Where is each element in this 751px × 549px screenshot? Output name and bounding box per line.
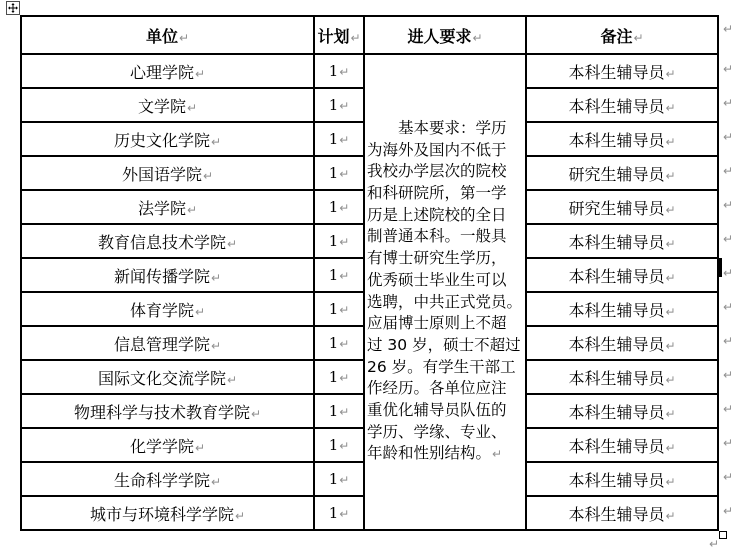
cell-end-mark: ↵	[665, 203, 675, 217]
row-end-mark: ↵	[723, 403, 733, 415]
unit-cell[interactable]: 外国语学院↵	[21, 156, 314, 190]
cell-end-mark: ↵	[665, 441, 675, 455]
unit-name: 国际文化交流学院	[98, 369, 226, 388]
plan-count: 1	[329, 164, 339, 182]
cell-end-mark: ↵	[179, 31, 189, 45]
header-requirements[interactable]: 进人要求↵	[364, 16, 526, 54]
unit-cell[interactable]: 新闻传播学院↵	[21, 258, 314, 292]
table-body: 单位↵ 计划↵ 进人要求↵ 备注↵ 心理学院↵ 1↵ 基本要求：学历 为海外及国…	[21, 16, 718, 530]
remark-cell[interactable]: 本科生辅导员↵	[526, 326, 718, 360]
plan-count: 1	[329, 436, 339, 454]
cell-end-mark: ↵	[665, 339, 675, 353]
plan-cell[interactable]: 1↵	[314, 462, 364, 496]
unit-name: 法学院	[138, 199, 186, 218]
unit-cell[interactable]: 物理科学与技术教育学院↵	[21, 394, 314, 428]
remark-cell[interactable]: 本科生辅导员↵	[526, 258, 718, 292]
plan-cell[interactable]: 1↵	[314, 292, 364, 326]
row-end-mark: ↵	[723, 233, 733, 245]
remark-text: 本科生辅导员	[568, 471, 664, 490]
table-row: 心理学院↵ 1↵ 基本要求：学历 为海外及国内不低于 我校办学层次的院校 和科研…	[21, 54, 718, 88]
cell-end-mark: ↵	[211, 271, 221, 285]
requirements-cell[interactable]: 基本要求：学历 为海外及国内不低于 我校办学层次的院校 和科研院所，第一学 历是…	[364, 54, 526, 530]
cell-end-mark: ↵	[211, 135, 221, 149]
row-end-mark: ↵	[723, 23, 733, 35]
remark-text: 本科生辅导员	[568, 301, 664, 320]
plan-cell[interactable]: 1↵	[314, 258, 364, 292]
unit-cell[interactable]: 国际文化交流学院↵	[21, 360, 314, 394]
cell-end-mark: ↵	[339, 473, 349, 487]
unit-cell[interactable]: 信息管理学院↵	[21, 326, 314, 360]
remark-cell[interactable]: 研究生辅导员↵	[526, 156, 718, 190]
unit-cell[interactable]: 教育信息技术学院↵	[21, 224, 314, 258]
unit-cell[interactable]: 体育学院↵	[21, 292, 314, 326]
requirements-text: 基本要求：学历 为海外及国内不低于 我校办学层次的院校 和科研院所，第一学 历是…	[365, 118, 525, 466]
header-remark-label: 备注	[600, 27, 632, 46]
header-unit[interactable]: 单位↵	[21, 16, 314, 54]
row-end-mark: ↵	[723, 505, 733, 517]
cell-end-mark: ↵	[187, 203, 197, 217]
cell-end-mark: ↵	[665, 373, 675, 387]
remark-cell[interactable]: 本科生辅导员↵	[526, 88, 718, 122]
row-end-mark: ↵	[723, 131, 733, 143]
plan-count: 1	[329, 96, 339, 114]
cell-end-mark: ↵	[339, 99, 349, 113]
cell-end-mark: ↵	[633, 31, 643, 45]
plan-count: 1	[329, 504, 339, 522]
unit-name: 教育信息技术学院	[98, 233, 226, 252]
cell-end-mark: ↵	[339, 235, 349, 249]
cell-end-mark: ↵	[339, 439, 349, 453]
remark-cell[interactable]: 本科生辅导员↵	[526, 360, 718, 394]
plan-cell[interactable]: 1↵	[314, 360, 364, 394]
row-end-mark: ↵	[723, 437, 733, 449]
cell-end-mark: ↵	[339, 133, 349, 147]
remark-cell[interactable]: 研究生辅导员↵	[526, 190, 718, 224]
plan-cell[interactable]: 1↵	[314, 54, 364, 88]
cell-end-mark: ↵	[339, 371, 349, 385]
plan-count: 1	[329, 62, 339, 80]
unit-name: 心理学院	[130, 63, 194, 82]
plan-count: 1	[329, 232, 339, 250]
plan-cell[interactable]: 1↵	[314, 122, 364, 156]
plan-count: 1	[329, 334, 339, 352]
cell-end-mark: ↵	[339, 167, 349, 181]
cell-end-mark: ↵	[665, 407, 675, 421]
plan-count: 1	[329, 368, 339, 386]
plan-cell[interactable]: 1↵	[314, 496, 364, 530]
row-end-mark: ↵	[723, 471, 733, 483]
remark-text: 本科生辅导员	[568, 267, 664, 286]
cell-end-mark: ↵	[665, 237, 675, 251]
row-end-mark: ↵	[723, 335, 733, 347]
cell-end-mark: ↵	[195, 305, 205, 319]
row-end-mark: ↵	[723, 199, 733, 211]
unit-cell[interactable]: 生命科学学院↵	[21, 462, 314, 496]
unit-cell[interactable]: 法学院↵	[21, 190, 314, 224]
paragraph-mark: ↵	[709, 538, 719, 549]
unit-name: 新闻传播学院	[114, 267, 210, 286]
cell-end-mark: ↵	[235, 509, 245, 523]
remark-text: 本科生辅导员	[568, 131, 664, 150]
remark-cell[interactable]: 本科生辅导员↵	[526, 428, 718, 462]
document-page: 单位↵ 计划↵ 进人要求↵ 备注↵ 心理学院↵ 1↵ 基本要求：学历 为海外及国…	[0, 0, 751, 549]
cell-end-mark: ↵	[195, 67, 205, 81]
cell-end-mark: ↵	[339, 269, 349, 283]
table-resize-handle[interactable]	[719, 531, 727, 539]
header-row: 单位↵ 计划↵ 进人要求↵ 备注↵	[21, 16, 718, 54]
cell-end-mark: ↵	[665, 67, 675, 81]
cell-end-mark: ↵	[211, 475, 221, 489]
unit-name: 城市与环境科学学院	[90, 505, 234, 524]
cell-end-mark: ↵	[339, 337, 349, 351]
remark-text: 本科生辅导员	[568, 335, 664, 354]
cell-end-mark: ↵	[665, 305, 675, 319]
row-end-mark: ↵	[723, 267, 733, 279]
unit-name: 生命科学学院	[114, 471, 210, 490]
move-cross-icon	[8, 3, 18, 13]
remark-text: 本科生辅导员	[568, 233, 664, 252]
requirements-paragraph: 基本要求：学历 为海外及国内不低于 我校办学层次的院校 和科研院所，第一学 历是…	[367, 119, 522, 463]
cell-end-mark: ↵	[339, 303, 349, 317]
plan-cell[interactable]: 1↵	[314, 326, 364, 360]
remark-cell[interactable]: 本科生辅导员↵	[526, 394, 718, 428]
cell-end-mark: ↵	[227, 237, 237, 251]
remark-cell[interactable]: 本科生辅导员↵	[526, 496, 718, 530]
remark-cell[interactable]: 本科生辅导员↵	[526, 462, 718, 496]
header-unit-label: 单位	[146, 27, 178, 46]
plan-count: 1	[329, 130, 339, 148]
unit-name: 体育学院	[130, 301, 194, 320]
remark-text: 研究生辅导员	[568, 199, 664, 218]
unit-cell[interactable]: 化学学院↵	[21, 428, 314, 462]
unit-name: 物理科学与技术教育学院	[74, 403, 250, 422]
header-plan[interactable]: 计划↵	[314, 16, 364, 54]
remark-text: 本科生辅导员	[568, 97, 664, 116]
row-end-mark: ↵	[723, 165, 733, 177]
table-move-handle[interactable]	[6, 1, 20, 15]
remark-text: 本科生辅导员	[568, 63, 664, 82]
unit-cell[interactable]: 历史文化学院↵	[21, 122, 314, 156]
plan-count: 1	[329, 402, 339, 420]
remark-cell[interactable]: 本科生辅导员↵	[526, 122, 718, 156]
cell-end-mark: ↵	[203, 169, 213, 183]
plan-count: 1	[329, 470, 339, 488]
unit-name: 历史文化学院	[114, 131, 210, 150]
remark-text: 本科生辅导员	[568, 437, 664, 456]
row-end-mark: ↵	[723, 63, 733, 75]
cell-end-mark: ↵	[251, 407, 261, 421]
unit-name: 化学学院	[130, 437, 194, 456]
remark-cell[interactable]: 本科生辅导员↵	[526, 292, 718, 326]
cell-end-mark: ↵	[665, 475, 675, 489]
unit-name: 信息管理学院	[114, 335, 210, 354]
remark-text: 本科生辅导员	[568, 369, 664, 388]
cell-end-mark: ↵	[665, 509, 675, 523]
cell-end-mark: ↵	[339, 201, 349, 215]
unit-name: 外国语学院	[122, 165, 202, 184]
plan-count: 1	[329, 198, 339, 216]
cell-end-mark: ↵	[195, 441, 205, 455]
cell-end-mark: ↵	[227, 373, 237, 387]
cell-end-mark: ↵	[472, 31, 482, 45]
unit-cell[interactable]: 心理学院↵	[21, 54, 314, 88]
row-end-mark: ↵	[723, 97, 733, 109]
cell-end-mark: ↵	[187, 101, 197, 115]
plan-cell[interactable]: 1↵	[314, 224, 364, 258]
cell-end-mark: ↵	[339, 65, 349, 79]
header-requirements-label: 进人要求	[407, 27, 471, 46]
plan-cell[interactable]: 1↵	[314, 88, 364, 122]
text-cursor	[717, 258, 722, 277]
remark-cell[interactable]: 本科生辅导员↵	[526, 224, 718, 258]
cell-end-mark: ↵	[665, 169, 675, 183]
cell-end-mark: ↵	[492, 447, 502, 461]
header-remark[interactable]: 备注↵	[526, 16, 718, 54]
remark-text: 研究生辅导员	[568, 165, 664, 184]
cell-end-mark: ↵	[665, 135, 675, 149]
cell-end-mark: ↵	[339, 405, 349, 419]
row-end-mark: ↵	[723, 301, 733, 313]
remark-text: 本科生辅导员	[568, 403, 664, 422]
plan-cell[interactable]: 1↵	[314, 428, 364, 462]
cell-end-mark: ↵	[665, 101, 675, 115]
row-end-mark: ↵	[723, 369, 733, 381]
unit-name: 文学院	[138, 97, 186, 116]
header-plan-label: 计划	[317, 27, 349, 46]
remark-cell[interactable]: 本科生辅导员↵	[526, 54, 718, 88]
plan-count: 1	[329, 300, 339, 318]
unit-cell[interactable]: 城市与环境科学学院↵	[21, 496, 314, 530]
cell-end-mark: ↵	[211, 339, 221, 353]
plan-cell[interactable]: 1↵	[314, 190, 364, 224]
cell-end-mark: ↵	[339, 507, 349, 521]
plan-cell[interactable]: 1↵	[314, 394, 364, 428]
remark-text: 本科生辅导员	[568, 505, 664, 524]
plan-count: 1	[329, 266, 339, 284]
cell-end-mark: ↵	[665, 271, 675, 285]
recruitment-table: 单位↵ 计划↵ 进人要求↵ 备注↵ 心理学院↵ 1↵ 基本要求：学历 为海外及国…	[20, 15, 719, 531]
cell-end-mark: ↵	[350, 31, 360, 45]
plan-cell[interactable]: 1↵	[314, 156, 364, 190]
unit-cell[interactable]: 文学院↵	[21, 88, 314, 122]
